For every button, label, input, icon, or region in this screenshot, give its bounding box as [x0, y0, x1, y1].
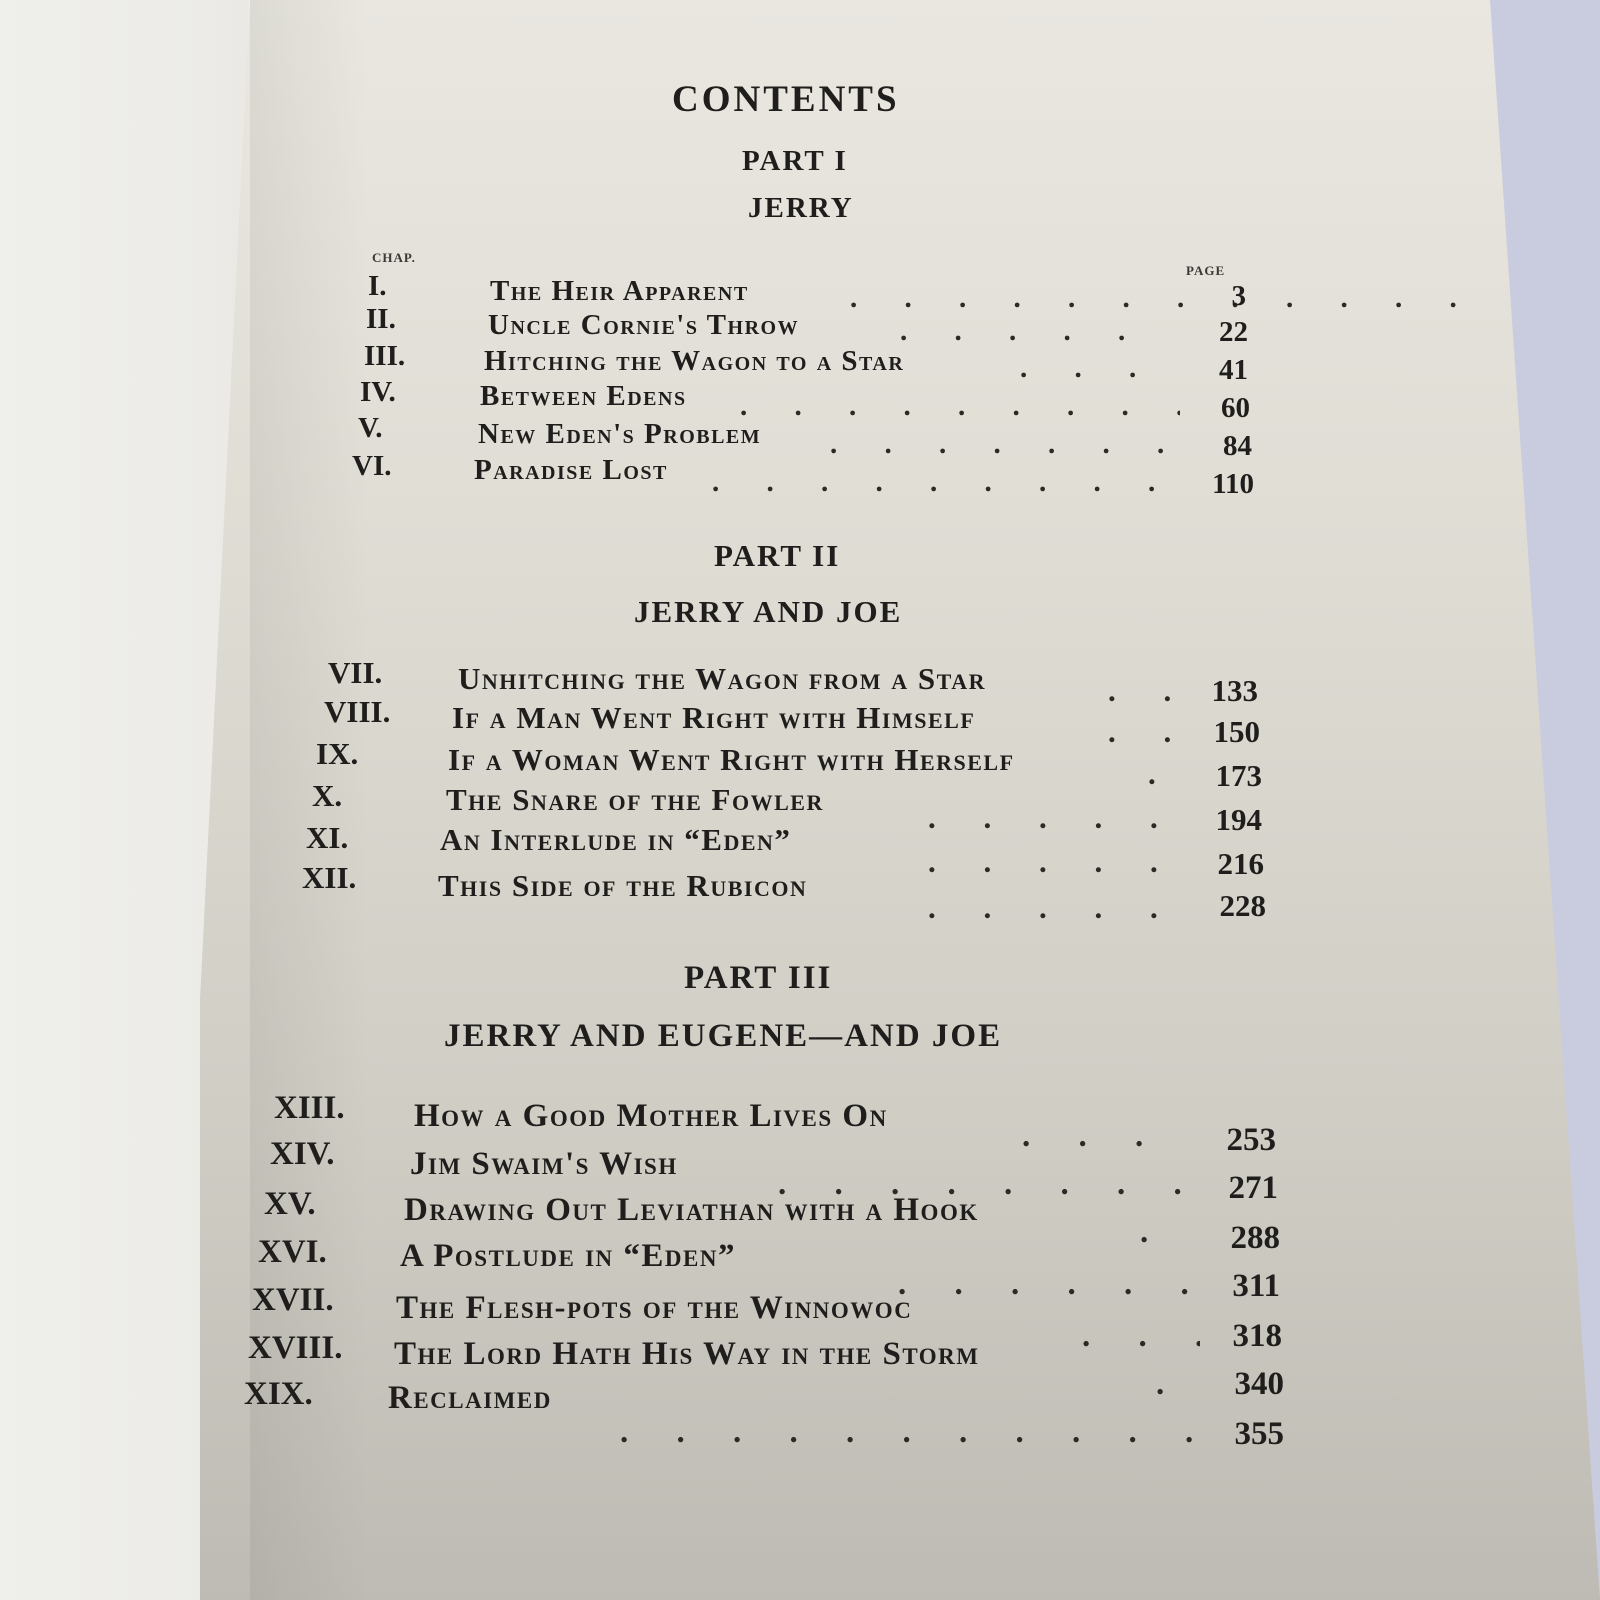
part-1-label: PART I [742, 145, 848, 178]
part-2-label: PART II [714, 538, 840, 574]
chapter-column-label: CHAP. [372, 250, 416, 266]
page-column-label: PAGE [1186, 263, 1225, 279]
part-3-label: PART III [684, 960, 832, 997]
contents-title: CONTENTS [672, 78, 900, 121]
part-3-subtitle: JERRY AND EUGENE—AND JOE [444, 1018, 1002, 1055]
part-2-subtitle: JERRY AND JOE [634, 594, 902, 630]
table-of-contents: CONTENTS PART I JERRY CHAP. PAGE I. The … [0, 0, 1600, 1600]
part-1-subtitle: JERRY [748, 192, 854, 225]
